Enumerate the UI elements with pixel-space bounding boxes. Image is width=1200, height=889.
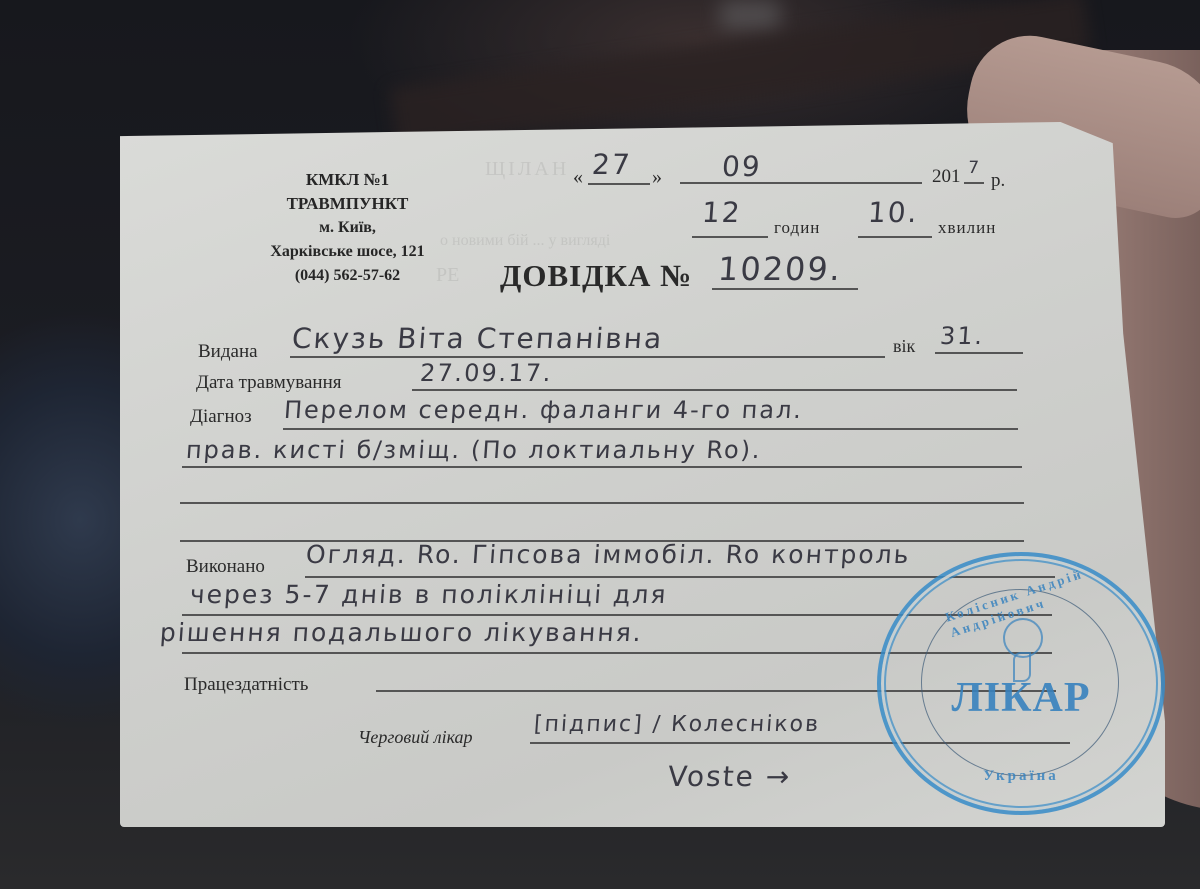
performed-line-1: Огляд. Ro. Гіпсова іммобіл. Ro контроль [305,540,911,569]
diagnosis-line-2: прав. кисті б/зміщ. (По локтиальну Ro). [185,436,763,464]
stamp-bottom-text: Україна [881,768,1161,785]
time-minutes: 10. [867,196,920,229]
age-value: 31. [939,322,985,350]
diagnosis-label: Діагноз [190,406,252,428]
address: Харківське шосе, 121 [240,240,455,264]
year-prefix: 201 [932,166,961,188]
diagnosis-rule-1 [283,428,1018,430]
performed-label: Виконано [186,556,265,578]
age-label: вік [893,336,915,357]
date-close-quote: » [652,166,662,189]
performed-line-3: рішення подальшого лікування. [159,618,644,647]
phone: (044) 562-57-62 [240,264,455,288]
issued-to-value: Скузь Віта Степанівна [291,322,665,355]
bleed-through-text: о новими бій ... у вигляді [440,232,610,250]
injury-date-label: Дата травмування [196,372,342,394]
doctor-label: Черговий лікар [358,727,473,748]
time-minutes-line [858,236,932,238]
date-month-line [680,182,922,184]
time-hours-line [692,236,768,238]
city: м. Київ, [240,216,455,240]
institution-header: КМКЛ №1 ТРАВМПУНКТ м. Київ, Харківське ш… [240,168,455,288]
document-number-line [712,288,858,290]
injury-date-value: 27.09.17. [419,359,553,387]
document-number: 10209. [717,250,844,288]
age-line [935,352,1023,354]
performed-line-2: через 5-7 днів в поліклініці для [189,580,668,609]
work-capacity-label: Працездатність [184,674,308,696]
doctor-signature: [підпис] / Колесніков [533,712,821,737]
stamp-center-text: ЛІКАР [881,674,1161,722]
institution-name: КМКЛ №1 [240,168,455,192]
bleed-through-text: ЩІЛАН [485,158,569,181]
year-label: р. [991,170,1005,192]
diagnosis-rule-3 [180,502,1024,504]
doctor-stamp: Колісник Андрій Андрійович ЛІКАР Україна [877,552,1165,815]
date-open-quote: « [573,166,583,189]
year-suffix: 7 [967,158,981,178]
department-name: ТРАВМПУНКТ [240,192,455,216]
date-day-line [588,183,650,185]
diagnosis-rule-2 [182,466,1022,468]
issued-to-line [290,356,885,358]
hours-label: годин [774,218,820,238]
date-month: 09 [721,150,763,183]
handwritten-note: Voste → [667,760,793,793]
time-hours: 12 [701,196,743,229]
date-day: 27 [591,148,633,181]
issued-to-label: Видана [198,341,258,363]
diagnosis-line-1: Перелом середн. фаланги 4-го пал. [283,396,804,424]
year-line [964,182,984,184]
document-title: ДОВІДКА № [500,258,692,294]
minutes-label: хвилин [938,218,996,238]
injury-date-line [412,389,1017,391]
background-light [720,0,780,30]
